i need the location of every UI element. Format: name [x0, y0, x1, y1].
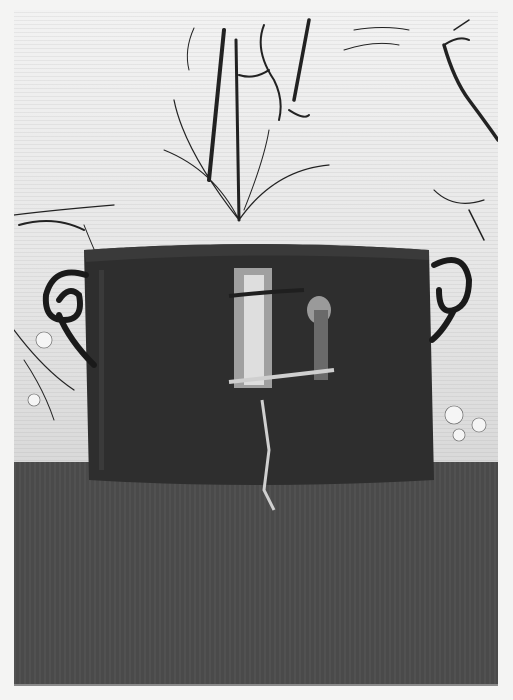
scene-drawing: [14, 10, 498, 685]
photo-bottom-edge: [14, 684, 498, 686]
plum-branch-painting: [434, 20, 498, 240]
bamboo-painting: [164, 20, 409, 220]
metal-pot: [84, 244, 434, 510]
photograph: [14, 10, 498, 685]
